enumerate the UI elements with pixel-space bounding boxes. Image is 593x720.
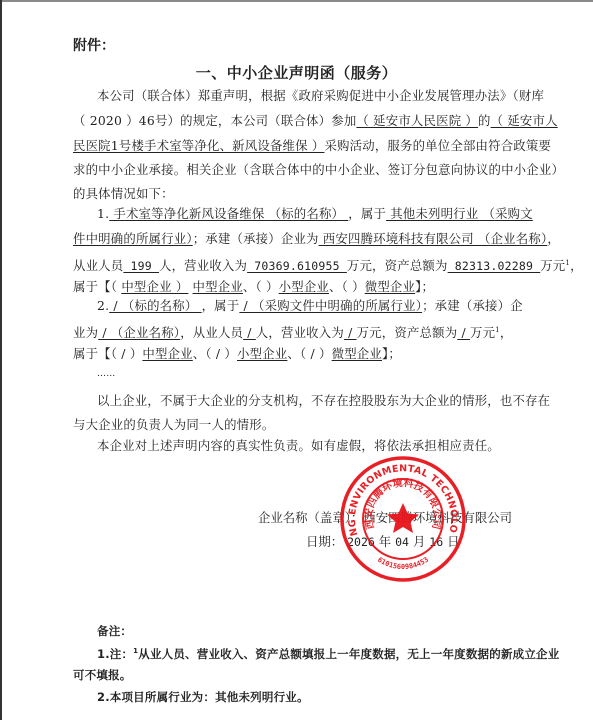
company-label: 企业名称（盖章）：	[258, 510, 363, 525]
item2-number: 2.	[97, 298, 109, 313]
intro-line-4: 求的中小企业承接。相关企业（含联合体中的中小企业、签订分包意向协议的中小企业）	[73, 162, 520, 178]
date-label: 日期：	[306, 534, 343, 549]
item2-industry: / （采购文件中明确的所属行业）	[239, 298, 422, 313]
item1-assets: 82313.02289	[448, 259, 541, 273]
intro-text: 采购活动，服务的单位全部由符合政策要	[324, 138, 551, 153]
item2-text: 万元	[470, 325, 495, 340]
item1-text: ，属于	[348, 206, 386, 221]
item1-subject: 手术室等净化新风设备维保 （标的名称）	[109, 206, 348, 221]
item1-line-2: 件中明确的所属行业）；承建（承接）企业为 西安四腾环境科技有限公司 （企业名称）…	[73, 231, 520, 247]
item2-class-medium: 中型企业	[142, 346, 192, 361]
signature-company: 企业名称（盖章）：西安四腾环境科技有限公司	[258, 508, 512, 526]
item1-text: 、（ ）	[329, 279, 365, 294]
statement-line-1: 以上企业，不属于大企业的分支机构，不存在控股股东为大企业的情形，也不存在	[97, 393, 520, 409]
item2-line-3: 属于【（ / ）中型企业、（ / ）小型企业、（ / ）微型企业】；	[73, 346, 520, 362]
item1-company: 西安四腾环境科技有限公司 （企业名称）	[319, 231, 548, 246]
note-1-prefix: 1.注：	[97, 647, 133, 661]
item1-industry-cont: 件中明确的所属行业）	[73, 231, 193, 246]
item1-class-small: 小型企业	[279, 279, 329, 294]
document-page: 附件： 一、中小企业声明函（服务） 本公司（联合体）郑重声明，根据《政府采购促进…	[0, 0, 593, 720]
item2-class-small: 小型企业	[237, 346, 287, 361]
item2-text: 】；	[382, 346, 401, 361]
item1-text: 万元，资产总额为	[347, 258, 448, 273]
attachment-label: 附件：	[73, 35, 115, 55]
item1-number: 1.	[97, 206, 109, 221]
item2-line-1: 2. / （标的名称） ，属于 / （采购文件中明确的所属行业）；承建（承接）企	[97, 298, 520, 314]
project-name-part1: （ 延安市人	[491, 113, 558, 129]
item2-text: ，从业人员	[180, 325, 243, 340]
item1-class-selected: 中型企业 ）	[121, 279, 188, 294]
intro-line-1: 本公司（联合体）郑重声明，根据《政府采购促进中小企业发展管理办法》（财库	[97, 88, 520, 104]
intro-line-3: 民医院1号楼手术室等净化、新风设备维保 ）采购活动，服务的单位全部由符合政策要	[73, 138, 520, 154]
date-text: 日	[447, 534, 459, 549]
item2-text: 、（ / ）	[287, 346, 331, 361]
date-day: 16	[429, 535, 443, 549]
intro-text: 的	[478, 113, 491, 129]
item1-text: ；承建（承接）企业为	[193, 231, 319, 246]
item1-revenue: 70369.610955	[247, 259, 347, 273]
item1-line-1: 1. 手术室等净化新风设备维保 （标的名称） ，属于 其他未列明行业 （采购文	[97, 206, 520, 222]
note-1: 1.注：1从业人员、营业收入、资产总额填报上一年度数据，无上一年度数据的新成立企…	[97, 643, 520, 662]
notes-heading: 备注：	[97, 623, 520, 639]
item2-assets: /	[457, 325, 470, 340]
item1-text: 】；	[415, 279, 434, 294]
item1-text: 人，营业收入为	[159, 258, 247, 273]
item2-line-2: 业为 / （企业名称），从业人员 / 人，营业收入为 / 万元，资产总额为 / …	[73, 322, 520, 341]
seal-code: 6101560984453	[376, 556, 430, 571]
item2-text: 人，营业收入为	[256, 325, 344, 340]
item2-revenue: /	[344, 325, 357, 340]
signature-date: 日期： 2026 年 04 月 16 日	[306, 532, 459, 550]
purchaser-name: （ 延安市人民医院 ）	[356, 113, 478, 129]
item1-text: 属于【（	[73, 279, 121, 294]
page-title: 一、中小企业声明函（服务）	[0, 62, 593, 83]
date-year: 2026	[347, 535, 375, 549]
note-1-text: 从业人员、营业收入、资产总额填报上一年度数据，无上一年度数据的新成立企业	[138, 647, 559, 661]
item2-text: 万元，资产总额为	[357, 325, 458, 340]
item2-subject: / （标的名称）	[109, 298, 201, 313]
item1-class-medium: 中型企业	[193, 279, 243, 294]
item2-class-micro: 微型企业	[332, 346, 382, 361]
statement-line-2: 与大企业的负责人为同一人的情形。	[73, 417, 520, 433]
note-1-continued: 可不填报。	[73, 667, 520, 683]
item2-text: 、（ / ）	[193, 346, 237, 361]
item2-text: 属于【（ / ）	[73, 346, 142, 361]
company-name: 西安四腾环境科技有限公司	[363, 510, 512, 525]
item1-line-4: 属于【（ 中型企业 ） 中型企业、（ ）小型企业、（ ）微型企业】；	[73, 279, 520, 295]
item1-text: 万元	[540, 258, 565, 273]
item1-class-micro: 微型企业	[365, 279, 415, 294]
date-text: 月	[413, 534, 425, 549]
item1-text: ，	[547, 231, 560, 246]
item1-industry: 其他未列明行业 （采购文	[386, 206, 533, 221]
item1-text: 从业人员	[73, 258, 123, 273]
intro-text: （ 2020 ）46号）的规定，本公司（联合体）参加	[73, 113, 356, 129]
date-month: 04	[395, 535, 409, 549]
item2-text: ，	[500, 325, 513, 340]
item1-line-3: 从业人员 199 人，营业收入为 70369.610955 万元，资产总额为 8…	[73, 255, 520, 274]
item2-company: / （企业名称）	[98, 325, 180, 340]
responsibility-statement: 本企业对上述声明内容的真实性负责。如有虚假，将依法承担相应责任。	[97, 438, 520, 454]
item2-text: ，属于	[202, 298, 240, 313]
item1-text: 、（ ）	[243, 279, 279, 294]
item1-text: ，	[570, 258, 583, 273]
svg-text:6101560984453: 6101560984453	[376, 556, 430, 571]
note-2: 2.本项目所属行业为：其他未列明行业。	[97, 689, 520, 705]
item2-text: 业为	[73, 325, 98, 340]
item1-staff-count: 199	[123, 259, 159, 273]
project-name-part2: 民医院1号楼手术室等净化、新风设备维保 ）	[73, 138, 324, 153]
item2-staff-count: /	[243, 325, 256, 340]
ellipsis: ……	[97, 366, 520, 382]
intro-line-2: （ 2020 ）46号）的规定，本公司（联合体）参加 （ 延安市人民医院 ） 的…	[73, 113, 520, 129]
date-text: 年	[379, 534, 391, 549]
intro-line-5: 的具体情况如下：	[73, 186, 520, 202]
item2-text: ；承建（承接）企	[422, 298, 523, 313]
